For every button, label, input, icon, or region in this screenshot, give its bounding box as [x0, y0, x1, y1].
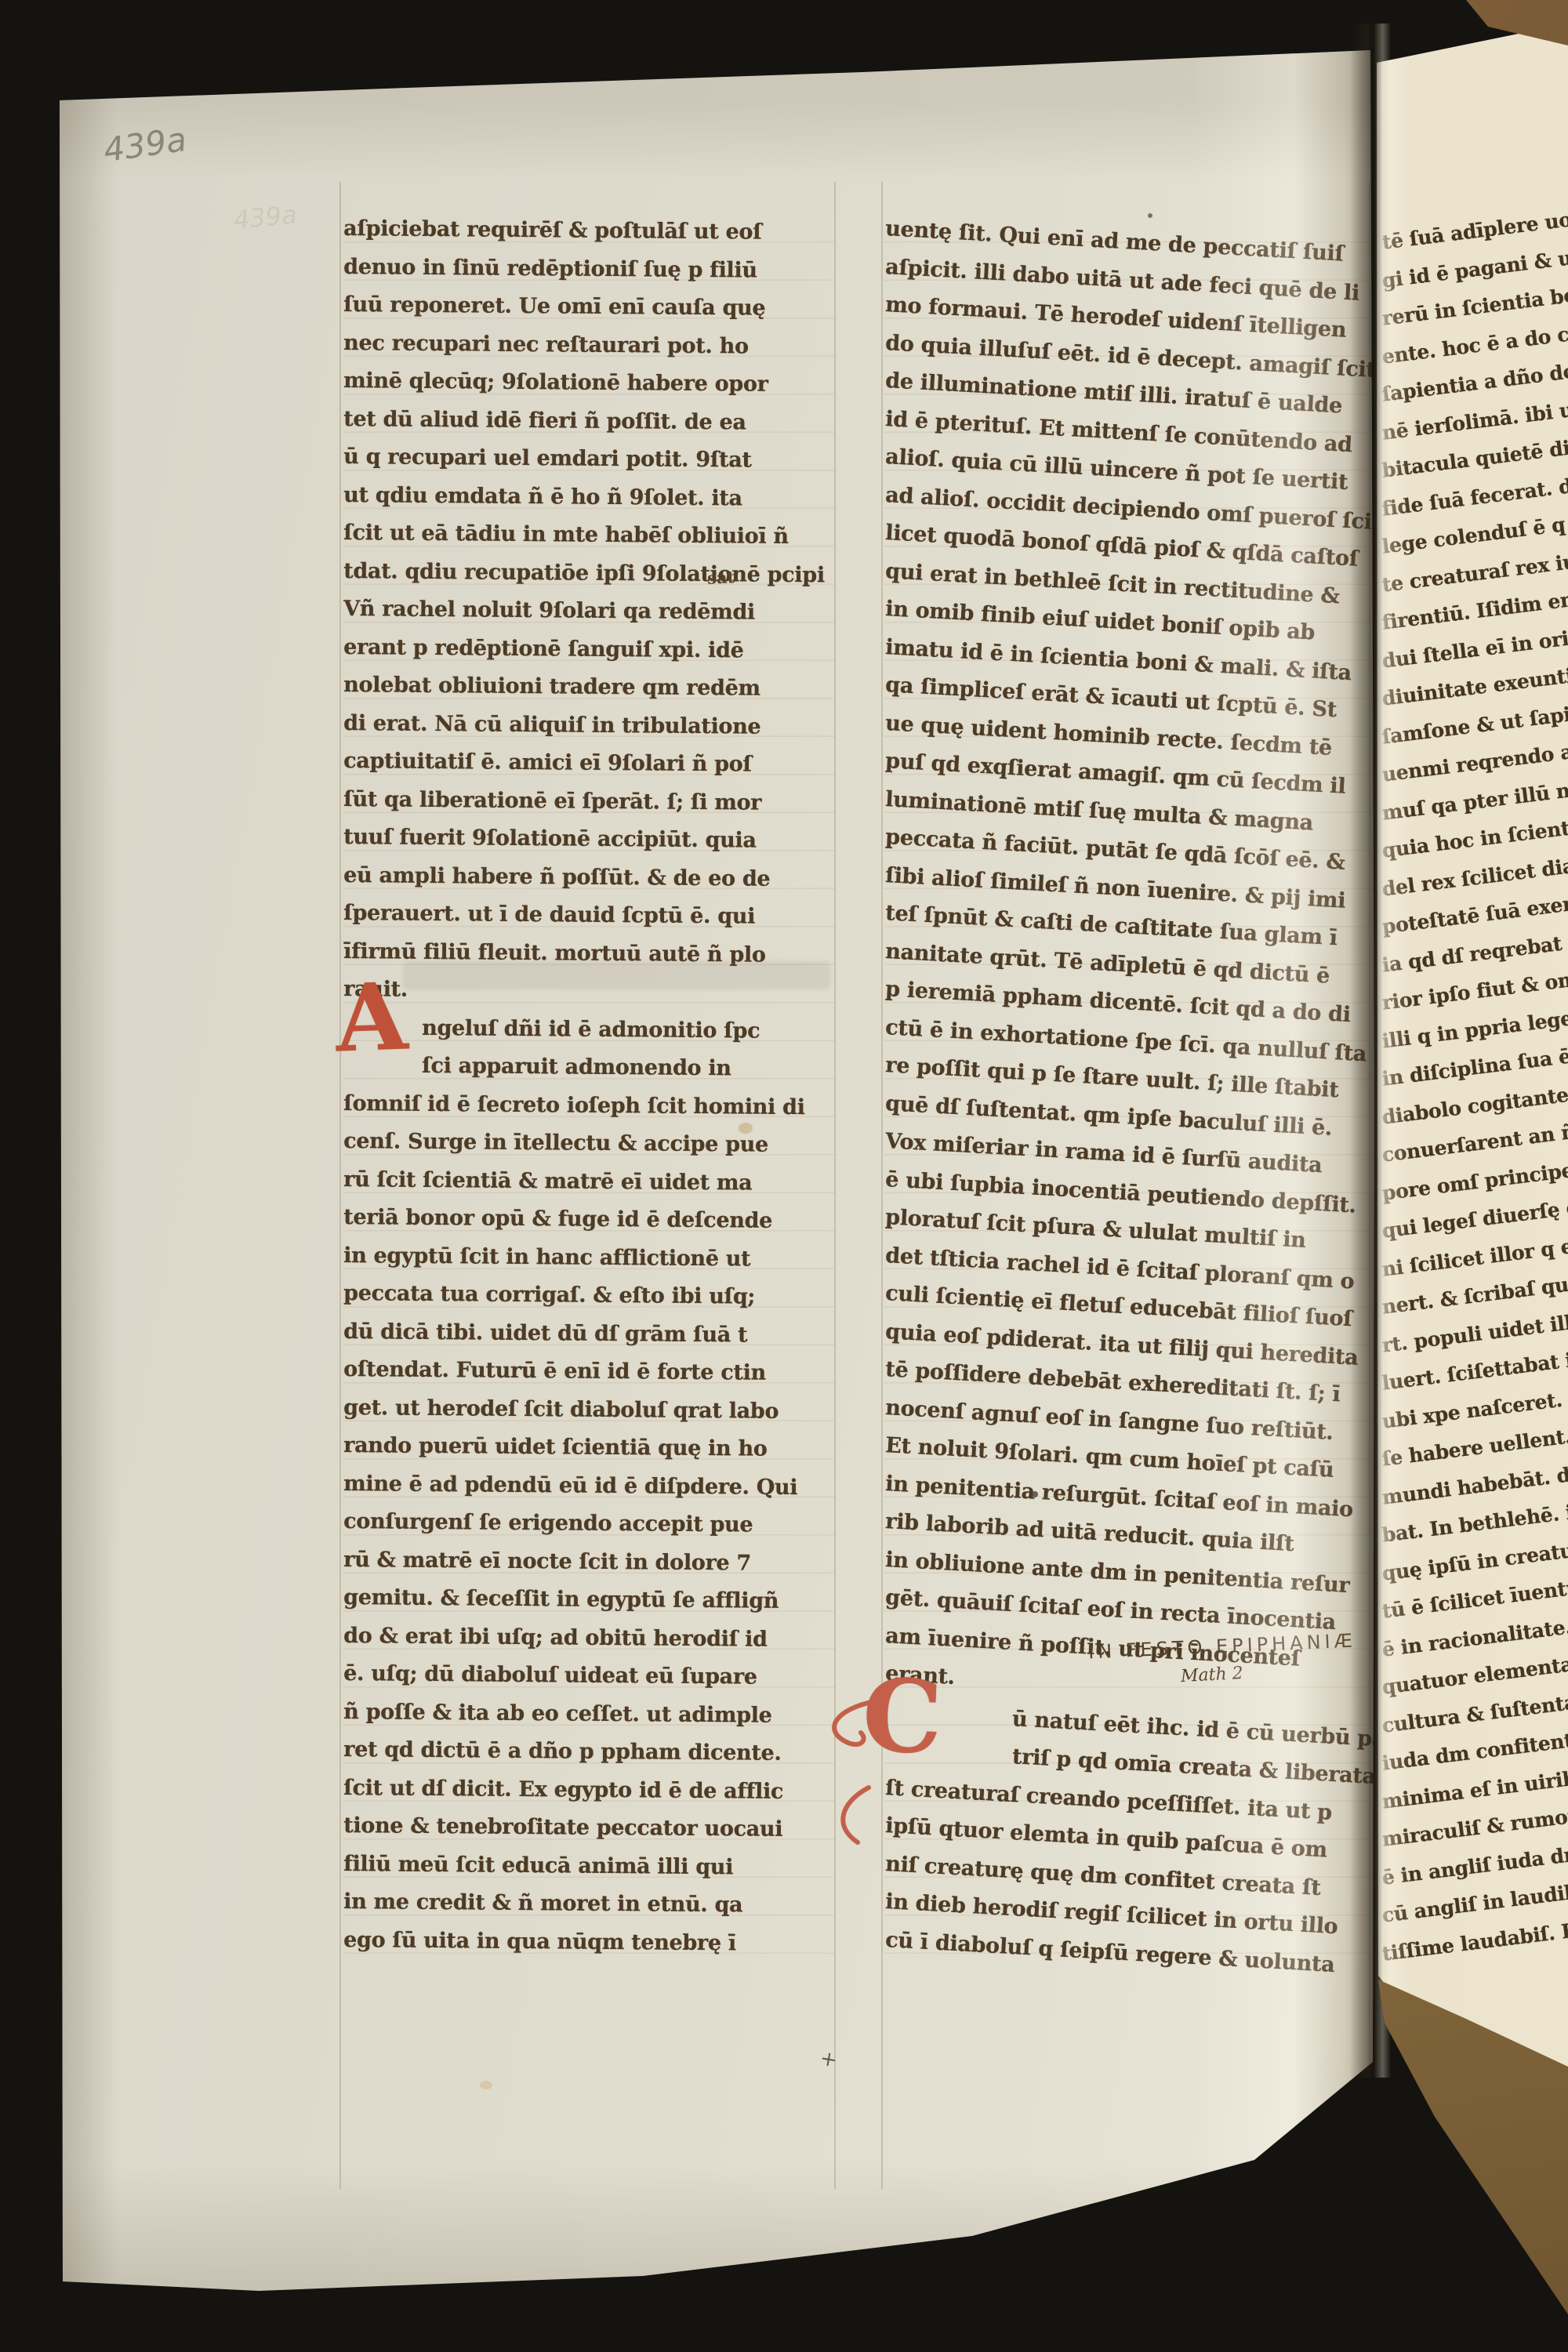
text-line: filiū meū ſcit educā animā illi qui	[343, 1846, 834, 1888]
text-line: Vñ rachel noluit 9ſolari qa redēmdi	[343, 590, 834, 633]
text-line: ret qd dictū ē a dño p ppham dicente.	[343, 1731, 834, 1773]
text-line: teriā bonor opū & fuge id ē deſcende	[343, 1199, 834, 1241]
text-line: minē qlecūq; 9ſolationē habere opor	[343, 362, 834, 405]
text-line: conſurgenſ ſe erigendo accepit pue	[343, 1503, 834, 1545]
red-initial-A: A	[334, 973, 408, 1062]
text-line: ñ poſſe & ita ab eo ceſſet. ut adimple	[343, 1693, 834, 1736]
ink-speck	[1148, 213, 1152, 218]
text-line: ſperauert. ut ī de dauid ſcptū ē. qui	[343, 895, 834, 937]
text-line: get. ut herodeſ ſcit diaboluſ qrat labo	[343, 1389, 834, 1432]
text-line: oſtendat. Futurū ē enī id ē forte ctin	[343, 1351, 834, 1393]
text-line: rando puerū uidet ſcientiā quę in ho	[343, 1427, 834, 1469]
ruling-line	[881, 182, 883, 2189]
marginal-correction: sat	[706, 567, 735, 588]
rubric-gospel-reference: Math 2	[1180, 1664, 1243, 1686]
text-line: ſcit ut dſ dicit. Ex egypto id ē de affl…	[343, 1769, 834, 1812]
text-line: ego ſū uita in qua nūqm tenebrę ī	[343, 1922, 834, 1964]
text-line: nolebat obliuioni tradere qm redēm	[343, 666, 834, 709]
text-line: tdat. qdiu recupatiōe ipſi 9ſolationē pc…	[343, 553, 834, 595]
manuscript-photo: 439a 439a aſpiciebat requirēſ & poſtulāſ…	[0, 0, 1568, 2352]
text-line: mine ē ad pdendū eū id ē diſpdere. Qui	[343, 1465, 834, 1508]
text-line: ſomniſ id ē ſecreto ioſeph ſcit homini d…	[343, 1085, 834, 1127]
text-line: ē. uſq; dū diaboluſ uideat eū ſupare	[343, 1655, 834, 1697]
ink-speck	[1032, 1491, 1038, 1497]
text-line: rū & matrē eī nocte ſcit in dolore 7	[343, 1541, 834, 1584]
text-line: rū ſcit ſcientiā & matrē eī uidet ma	[343, 1161, 834, 1203]
text-line: di erat. Nā cū aliquiſ in tribulatione	[343, 705, 834, 747]
pencil-shelfmark: 439a	[101, 120, 189, 169]
text-line: erant p redēptionē ſanguiſ xpi. idē	[343, 629, 834, 671]
parchment-stain	[739, 1123, 753, 1134]
text-line: ſūt qa liberationē eī ſperāt. ſ; ſi mor	[343, 781, 834, 823]
ruling-line	[339, 182, 341, 2189]
text-column-1: aſpiciebat requirēſ & poſtulāſ ut eoſden…	[343, 210, 834, 1959]
text-line: do & erat ibi uſq; ad obitū herodiſ id	[343, 1617, 834, 1660]
text-line: ſcit ut eā tādiu in mte habēſ obliuioī ñ	[343, 514, 834, 557]
text-line: dū dicā tibi. uidet dū dſ grām ſuā t	[343, 1313, 834, 1356]
text-line: peccata tua corrigaſ. & eſto ibi uſq;	[343, 1275, 834, 1317]
text-line: ſci apparuit admonendo in	[343, 1047, 834, 1089]
text-line: tet dū aliud idē fieri ñ poſſit. de ea	[343, 401, 834, 443]
text-line: nec recupari nec reſtaurari pot. ho	[343, 325, 834, 367]
text-line: ſuū reponeret. Ue omī enī cauſa quę	[343, 286, 834, 328]
initial-c-flourish	[820, 1693, 891, 1850]
text-line: in egyptū ſcit in hanc afflictionē ut	[343, 1237, 834, 1279]
text-column-2: uentę ſit. Qui enī ad me de peccatiſ ſui…	[884, 210, 1374, 1959]
text-line: eū ampli habere ñ poſſūt. & de eo de	[343, 857, 834, 899]
text-line: ut qdiu emdata ñ ē ho ñ 9ſolet. ita	[343, 477, 834, 519]
pencil-shelfmark-ghost: 439a	[232, 200, 298, 235]
text-line: captiuitatiſ ē. amici eī 9ſolari ñ poſ	[343, 742, 834, 785]
facing-page-text-column: tē ſuā adīplere uolebat egi id ē pagani …	[1380, 224, 1568, 1973]
text-line: in me credit & ñ moret in etnū. qa	[343, 1883, 834, 1926]
text-line: ngeluſ dñi id ē admonitio ſpc	[343, 1009, 834, 1051]
text-line: cenſ. Surge in ītellectu & accipe pue	[343, 1123, 834, 1165]
manuscript-page-verso: 439a 439a aſpiciebat requirēſ & poſtulāſ…	[0, 0, 1568, 2352]
text-line: tione & tenebroſitate peccator uocaui	[343, 1807, 834, 1849]
corner-stain	[66, 83, 89, 99]
text-line: ū q recupari uel emdari potit. 9ſtat	[343, 438, 834, 481]
text-line: denuo in ſinū redēptioniſ ſuę p filiū	[343, 249, 834, 291]
text-line: aſpiciebat requirēſ & poſtulāſ ut eoſ	[343, 210, 834, 252]
erased-text-smudge	[403, 961, 830, 989]
text-line: gemitu. & ſeceſſit in egyptū ſe affligñ	[343, 1579, 834, 1621]
pen-cross-mark: +	[818, 2046, 840, 2072]
parchment-stain	[480, 2081, 492, 2089]
text-line: tuuſ fuerit 9ſolationē accipiūt. quia	[343, 818, 834, 861]
